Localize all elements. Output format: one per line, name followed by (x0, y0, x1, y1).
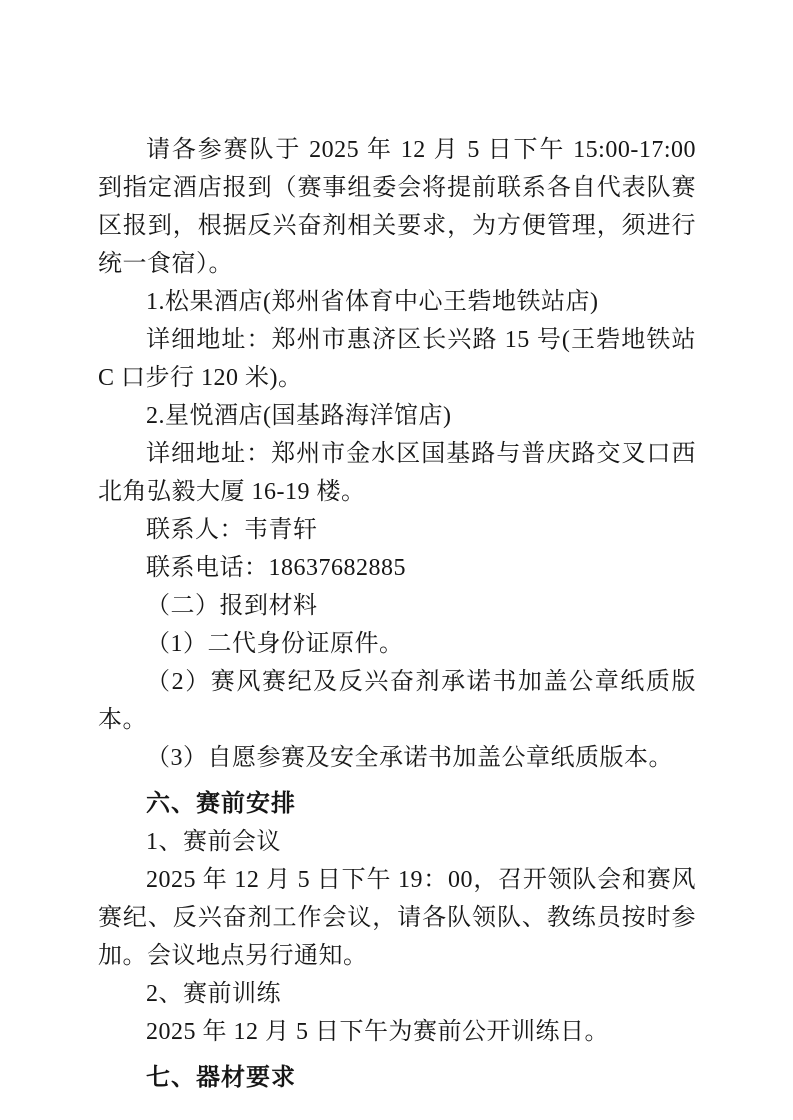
document-page: 请各参赛队于 2025 年 12 月 5 日下午 15:00-17:00 到指定… (0, 0, 793, 1120)
paragraph-material-item-1: （1）二代身份证原件。 (98, 625, 696, 663)
paragraph-pre-competition-training-title: 2、赛前训练 (98, 975, 696, 1013)
paragraph-material-item-3: （3）自愿参赛及安全承诺书加盖公章纸质版本。 (98, 739, 696, 777)
paragraph-checkin-instructions: 请各参赛队于 2025 年 12 月 5 日下午 15:00-17:00 到指定… (98, 131, 696, 283)
heading-pre-competition-arrangements: 六、赛前安排 (98, 785, 696, 823)
paragraph-hotel-2-name: 2.星悦酒店(国基路海洋馆店) (98, 397, 696, 435)
paragraph-contact-person: 联系人：韦青轩 (98, 511, 696, 549)
paragraph-hotel-1-name: 1.松果酒店(郑州省体育中心王砦地铁站店) (98, 283, 696, 321)
paragraph-pre-competition-training-detail: 2025 年 12 月 5 日下午为赛前公开训练日。 (98, 1013, 696, 1051)
paragraph-hotel-1-address: 详细地址：郑州市惠济区长兴路 15 号(王砦地铁站 C 口步行 120 米)。 (98, 321, 696, 397)
paragraph-hotel-2-address: 详细地址：郑州市金水区国基路与普庆路交叉口西北角弘毅大厦 16-19 楼。 (98, 435, 696, 511)
paragraph-contact-phone: 联系电话：18637682885 (98, 549, 696, 587)
paragraph-pre-competition-meeting-title: 1、赛前会议 (98, 823, 696, 861)
paragraph-material-item-2: （2）赛风赛纪及反兴奋剂承诺书加盖公章纸质版本。 (98, 663, 696, 739)
paragraph-pre-competition-meeting-detail: 2025 年 12 月 5 日下午 19：00，召开领队会和赛风赛纪、反兴奋剂工… (98, 861, 696, 975)
heading-equipment-requirements: 七、器材要求 (98, 1059, 696, 1097)
paragraph-subsection-checkin-materials: （二）报到材料 (98, 587, 696, 625)
